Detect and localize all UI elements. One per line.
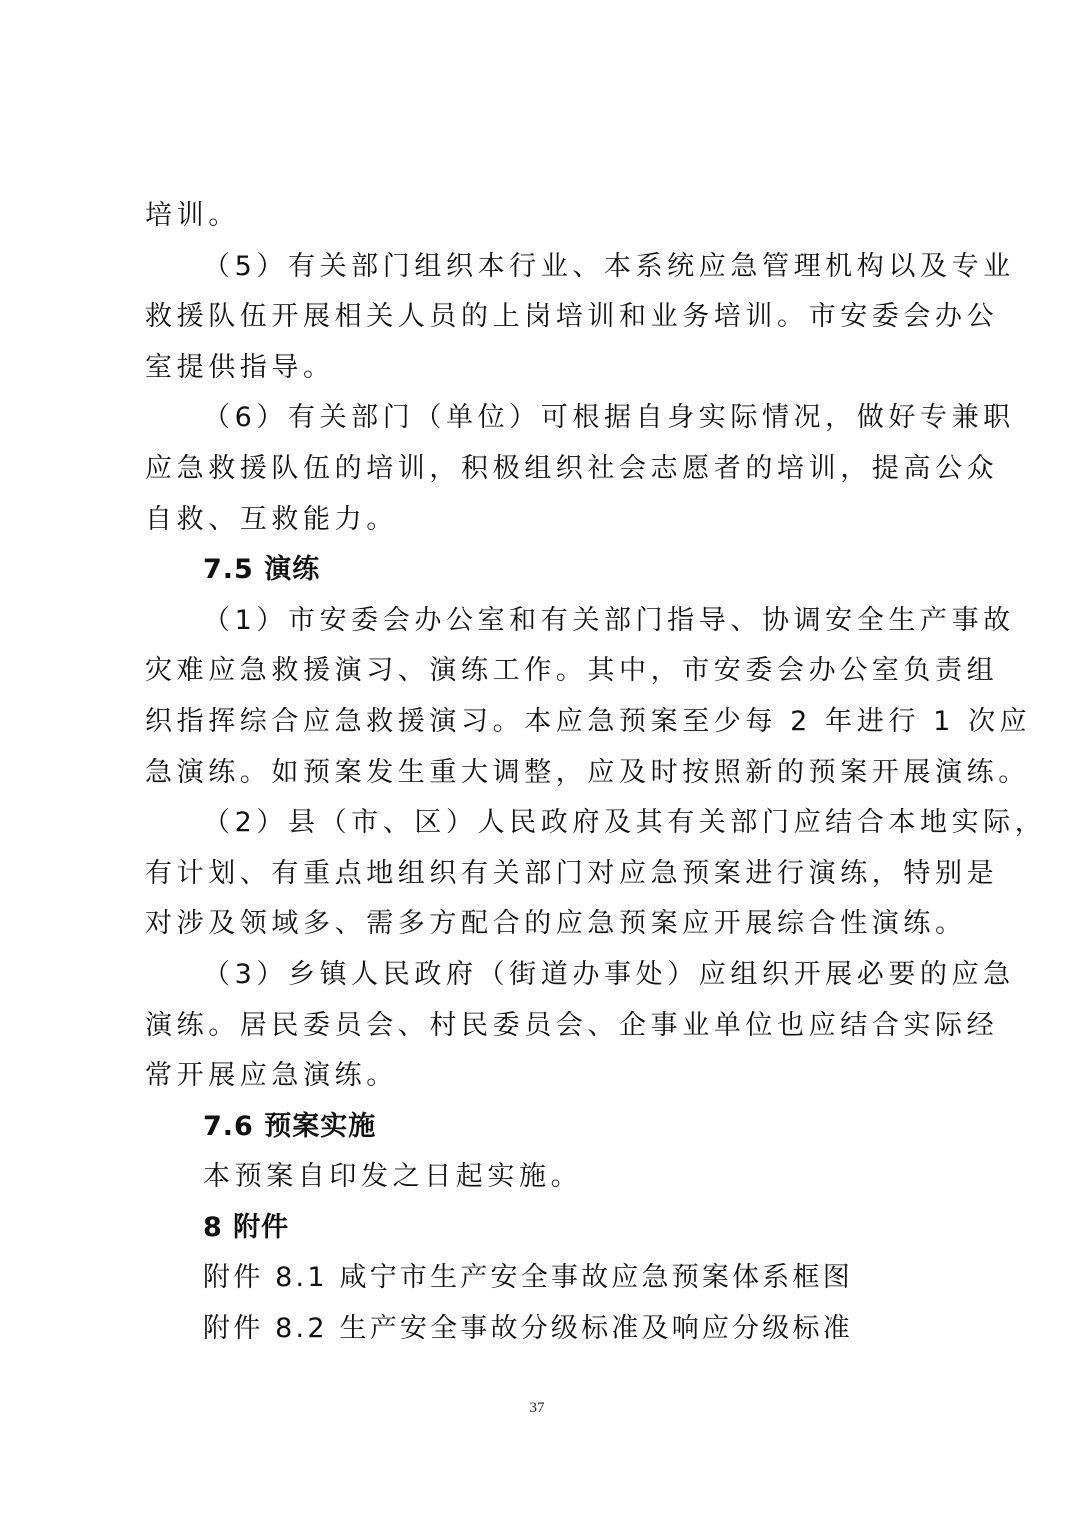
paragraph-line: （3）乡镇人民政府（街道办事处）应组织开展必要的应急 — [145, 950, 935, 1001]
paragraph-line: （6）有关部门（单位）可根据自身实际情况，做好专兼职 — [145, 393, 935, 444]
page-number: 37 — [0, 1400, 1074, 1417]
paragraph-line: 演练。居民委员会、村民委员会、企事业单位也应结合实际经 — [145, 1001, 935, 1052]
paragraph-line: 本预案自印发之日起实施。 — [145, 1152, 935, 1203]
paragraph-line: 织指挥综合应急救援演习。本应急预案至少每 2 年进行 1 次应 — [145, 697, 935, 748]
section-heading-7-6: 7.6 预案实施 — [145, 1102, 935, 1153]
paragraph-line: 常开展应急演练。 — [145, 1051, 935, 1102]
paragraph-line: 应急救援队伍的培训，积极组织社会志愿者的培训，提高公众 — [145, 444, 935, 495]
paragraph-line: 室提供指导。 — [145, 343, 935, 394]
section-heading-7-5: 7.5 演练 — [145, 545, 935, 596]
paragraph-line: 有计划、有重点地组织有关部门对应急预案进行演练，特别是 — [145, 849, 935, 900]
attachment-item-8-2: 附件 8.2 生产安全事故分级标准及响应分级标准 — [145, 1304, 935, 1355]
attachment-item-8-1: 附件 8.1 咸宁市生产安全事故应急预案体系框图 — [145, 1253, 935, 1304]
paragraph-line: （2）县（市、区）人民政府及其有关部门应结合本地实际， — [145, 798, 935, 849]
paragraph-line: （5）有关部门组织本行业、本系统应急管理机构以及专业 — [145, 242, 935, 293]
document-body: 培训。 （5）有关部门组织本行业、本系统应急管理机构以及专业 救援队伍开展相关人… — [145, 191, 935, 1355]
paragraph-line: 自救、互救能力。 — [145, 495, 935, 546]
paragraph-line: 培训。 — [145, 191, 935, 242]
paragraph-line: 救援队伍开展相关人员的上岗培训和业务培训。市安委会办公 — [145, 292, 935, 343]
section-heading-8: 8 附件 — [145, 1203, 935, 1254]
paragraph-line: 急演练。如预案发生重大调整，应及时按照新的预案开展演练。 — [145, 748, 935, 799]
paragraph-line: （1）市安委会办公室和有关部门指导、协调安全生产事故 — [145, 596, 935, 647]
paragraph-line: 对涉及领域多、需多方配合的应急预案应开展综合性演练。 — [145, 899, 935, 950]
paragraph-line: 灾难应急救援演习、演练工作。其中，市安委会办公室负责组 — [145, 646, 935, 697]
